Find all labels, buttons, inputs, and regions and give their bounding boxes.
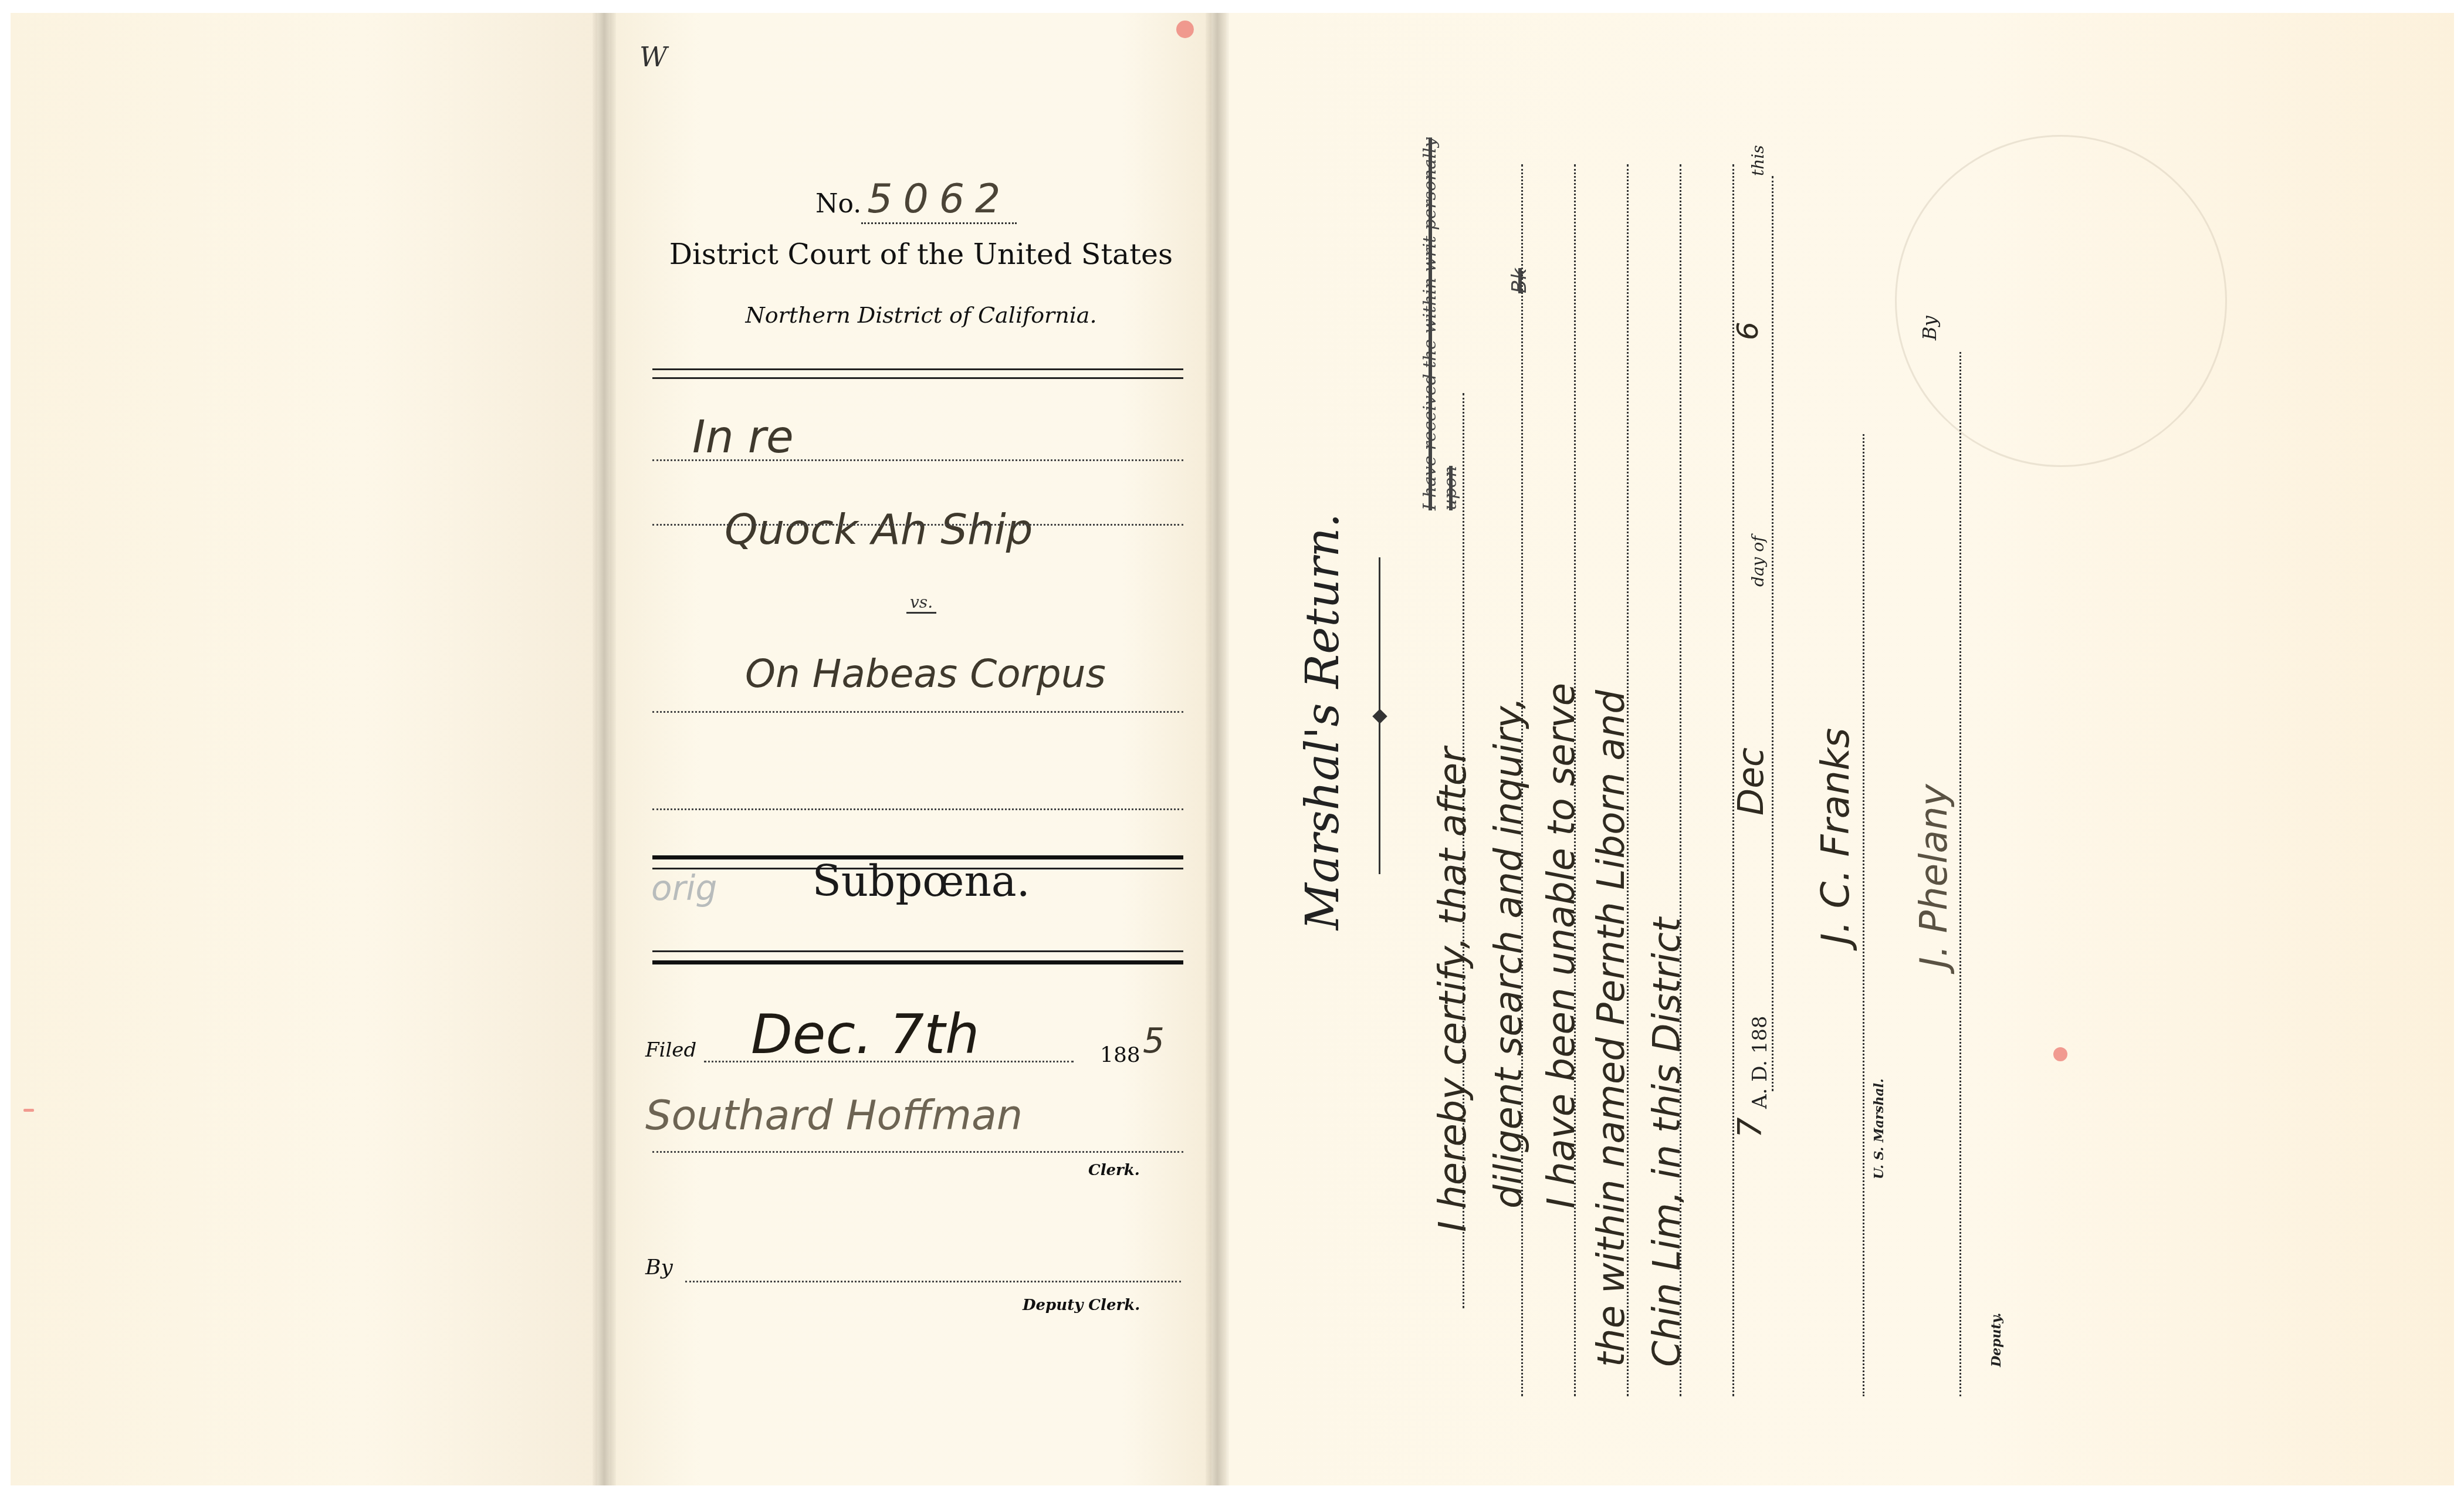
dotted-line <box>652 1151 1183 1153</box>
by-label: By <box>645 1255 673 1280</box>
filed-label: Filed <box>645 1038 696 1062</box>
court-title: District Court of the United States <box>634 238 1209 271</box>
versus-mark: vs. <box>906 593 936 614</box>
double-rule <box>652 368 1183 379</box>
date-year-hand: 7 <box>1731 1117 1769 1138</box>
cover-panel <box>610 13 1211 1485</box>
dotted-line <box>1913 352 1961 1396</box>
dotted-line <box>1687 164 1734 1396</box>
us-marshal-label: U. S. Marshal. <box>1871 1078 1887 1179</box>
filed-date: Dec. 7th <box>751 1003 979 1066</box>
deputy-clerk-label: Deputy Clerk. <box>1023 1297 1140 1314</box>
return-line-5: Chin Lim, in this District <box>1646 918 1689 1367</box>
red-ink-speck <box>23 1109 34 1112</box>
deputy-label: Deputy. <box>1989 1312 2004 1367</box>
date-this-label: this <box>1748 145 1768 176</box>
fold-crease-right <box>1206 13 1229 1485</box>
corner-handwritten-mark: W <box>639 41 667 73</box>
filed-year-printed: 188 <box>1100 1043 1140 1067</box>
dotted-line <box>685 1281 1181 1282</box>
marshals-return-title: Marshal's Return. <box>1297 411 1349 1033</box>
return-line-4: the within named Pernth Liborn and <box>1590 690 1633 1367</box>
by-label-return: By <box>1918 316 1941 340</box>
fold-crease-left <box>593 13 616 1485</box>
clerk-label: Clerk. <box>1088 1162 1140 1179</box>
dotted-line <box>652 524 1183 526</box>
marshals-return-rotated: Marshal's Return. I have received the wi… <box>1261 106 2423 1455</box>
clerk-signature: Southard Hoffman <box>645 1091 1023 1139</box>
filed-year-hand: 5 <box>1143 1021 1165 1061</box>
return-line-1: I hereby certify, that after <box>1431 747 1475 1232</box>
double-rule <box>652 950 1183 964</box>
ornament-rule <box>1379 557 1380 874</box>
dotted-line <box>1731 176 1773 1091</box>
case-number-label: No. <box>815 189 861 219</box>
case-line-proceeding: On Habeas Corpus <box>745 651 1106 696</box>
case-line-in-re: In re <box>692 411 794 463</box>
dotted-line <box>652 808 1183 810</box>
red-wax-mark <box>1176 21 1194 38</box>
dotted-line <box>1816 434 1864 1396</box>
dotted-line <box>652 459 1183 461</box>
case-number-value: 5062 <box>861 176 1017 224</box>
left-page-blank <box>11 13 597 1485</box>
case-number: No.5062 <box>815 176 1017 222</box>
document-type-title: Subpœna. <box>634 857 1209 906</box>
return-line-2: diligent search and inquiry, <box>1487 697 1531 1209</box>
dotted-line <box>652 711 1183 713</box>
court-subtitle: Northern District of California. <box>634 302 1209 328</box>
return-line-3: I have been unable to serve <box>1540 683 1583 1209</box>
case-line-party: Quock Ah Ship <box>725 505 1033 554</box>
